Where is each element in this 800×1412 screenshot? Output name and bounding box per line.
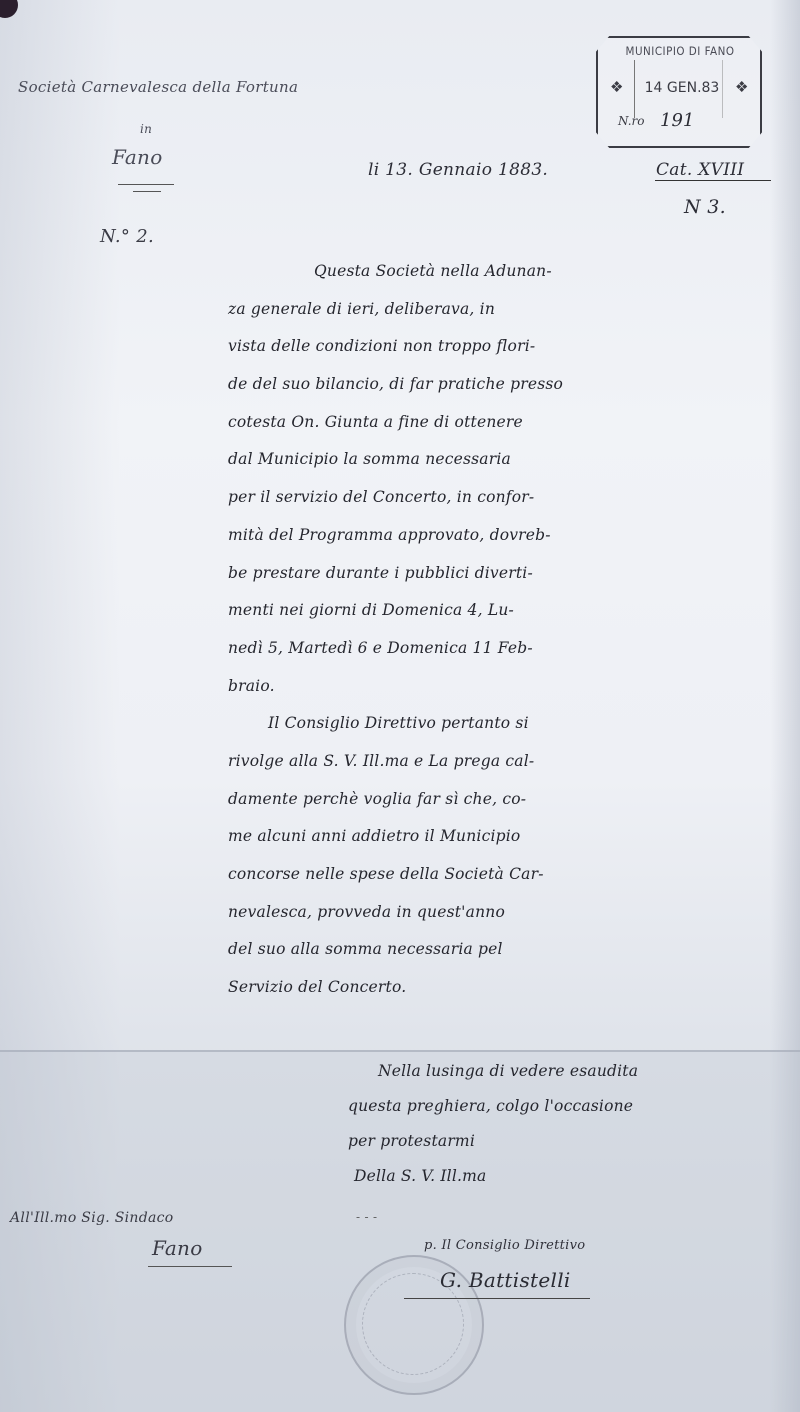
addressee-city: Fano [152, 1236, 203, 1260]
body-line: vista delle condizioni non troppo flori- [228, 337, 648, 375]
body-line: za generale di ieri, deliberava, in [228, 300, 648, 338]
body-line: mità del Programma approvato, dovreb- [228, 526, 648, 564]
body-line: me alcuni anni addietro il Municipio [228, 827, 648, 865]
archive-number: N 3. [684, 196, 726, 218]
body-line: dal Municipio la somma necessaria [228, 450, 648, 488]
body-line: Questa Società nella Adunan- [228, 262, 648, 300]
scanned-letter-page: Società Carnevalesca della Fortuna in Fa… [0, 0, 800, 1412]
closing-line: questa preghiera, colgo l'occasione [348, 1097, 638, 1132]
city-underline-short [133, 191, 161, 192]
body-line: Il Consiglio Direttivo pertanto si [228, 714, 648, 752]
stamp-protocol-number: 191 [660, 110, 694, 131]
stamp-divider-left [634, 60, 635, 118]
archive-category-underline [655, 180, 771, 181]
ornament-icon: ❖ [610, 78, 623, 96]
letterhead-preposition: in [140, 122, 152, 136]
letterhead-city: Fano [112, 145, 163, 169]
closing-line: Della S. V. Ill.ma [348, 1167, 638, 1202]
closing-line: Nella lusinga di vedere esaudita [348, 1062, 638, 1097]
stamp-title: MUNICIPIO DI FANO [610, 44, 750, 58]
body-line: damente perchè voglia far sì che, co- [228, 790, 648, 828]
stamp-divider-right [722, 60, 723, 118]
closing-line: per protestarmi [348, 1132, 638, 1167]
body-line: per il servizio del Concerto, in confor- [228, 488, 648, 526]
body-line: del suo alla somma necessaria pel [228, 940, 648, 978]
body-line: nedì 5, Martedì 6 e Domenica 11 Feb- [228, 639, 648, 677]
protocol-number: N.° 2. [100, 226, 154, 247]
signature-name: G. Battistelli [440, 1268, 571, 1292]
body-line: nevalesca, provveda in quest'anno [228, 903, 648, 941]
date-line: li 13. Gennaio 1883. [368, 160, 548, 180]
registry-stamp: MUNICIPIO DI FANO ❖ 14 GEN.83 ❖ N.ro 191 [596, 36, 762, 148]
body-line: concorse nelle spese della Società Car- [228, 865, 648, 903]
addressee-line: All'Ill.mo Sig. Sindaco [10, 1210, 174, 1226]
stamp-protocol-label: N.ro [618, 114, 645, 128]
city-underline [118, 184, 174, 185]
body-line: braio. [228, 677, 648, 715]
body-line: be prestare durante i pubblici diverti- [228, 564, 648, 602]
ornament-icon: ❖ [735, 78, 748, 96]
body-line: rivolge alla S. V. Ill.ma e La prega cal… [228, 752, 648, 790]
letter-closing: Nella lusinga di vedere esaudita questa … [348, 1062, 638, 1202]
signature-underline [404, 1298, 590, 1299]
body-line: menti nei giorni di Domenica 4, Lu- [228, 601, 648, 639]
addressee-underline [148, 1266, 232, 1267]
signature-dash: - - - [356, 1210, 377, 1224]
letter-body: Questa Società nella Adunan- za generale… [228, 262, 648, 1016]
archive-category: Cat. XVIII [656, 160, 744, 180]
body-line: cotesta On. Giunta a fine di ottenere [228, 413, 648, 451]
body-line: de del suo bilancio, di far pratiche pre… [228, 375, 648, 413]
letterhead-organization: Società Carnevalesca della Fortuna [18, 78, 298, 96]
body-line: Servizio del Concerto. [228, 978, 648, 1016]
stamp-date: 14 GEN.83 [642, 80, 722, 96]
signature-title: p. Il Consiglio Direttivo [424, 1238, 585, 1253]
paper-fold-line [0, 1050, 800, 1052]
